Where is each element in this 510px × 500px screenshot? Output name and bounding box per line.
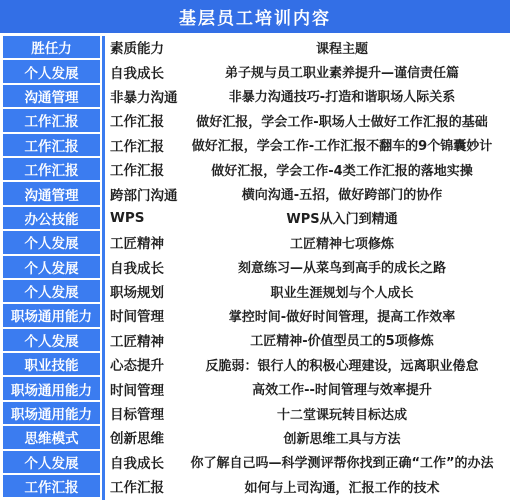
course-cell: 如何与上司沟通，汇报工作的技术 — [186, 475, 510, 497]
category-cell: 沟通管理 — [3, 182, 100, 204]
category-cell: 工作汇报 — [3, 109, 100, 131]
category-cell: 个人发展 — [3, 231, 100, 253]
course-cell: 刻意练习—从菜鸟到高手的成长之路 — [186, 256, 510, 278]
table-row: 个人发展 自我成长 刻意练习—从菜鸟到高手的成长之路 — [0, 256, 510, 278]
table-row: 工作汇报 工作汇报 做好汇报，学会工作-工作汇报不翻车的9个锦囊妙计 — [0, 134, 510, 156]
competency-cell: 跨部门沟通 — [110, 182, 186, 204]
competency-cell: 心态提升 — [110, 353, 186, 375]
course-cell: 职业生涯规划与个人成长 — [186, 280, 510, 302]
competency-cell: 工作汇报 — [110, 475, 186, 497]
course-cell: 工匠精神七项修炼 — [186, 231, 510, 253]
table-row: 沟通管理 非暴力沟通 非暴力沟通技巧-打造和谐职场人际关系 — [0, 85, 510, 107]
category-cell: 思维模式 — [3, 426, 100, 448]
course-cell: 你了解自己吗—科学测评帮你找到正确“工作”的办法 — [186, 451, 510, 473]
table-row: 个人发展 工匠精神 工匠精神-价值型员工的5项修炼 — [0, 329, 510, 351]
table-row: 工作汇报 工作汇报 如何与上司沟通，汇报工作的技术 — [0, 475, 510, 497]
competency-cell: 自我成长 — [110, 451, 186, 473]
competency-cell: 职场规划 — [110, 280, 186, 302]
course-cell: 创新思维工具与方法 — [186, 426, 510, 448]
category-cell: 个人发展 — [3, 256, 100, 278]
category-cell: 工作汇报 — [3, 134, 100, 156]
competency-cell: 创新思维 — [110, 426, 186, 448]
table-row: 个人发展 自我成长 弟子规与员工职业素养提升—谨信责任篇 — [0, 60, 510, 82]
competency-cell: 工作汇报 — [110, 109, 186, 131]
competency-cell: 时间管理 — [110, 304, 186, 326]
category-cell: 职场通用能力 — [3, 377, 100, 399]
course-cell: 十二堂课玩转目标达成 — [186, 402, 510, 424]
competency-cell: 非暴力沟通 — [110, 85, 186, 107]
competency-cell: 工作汇报 — [110, 134, 186, 156]
table-row: 职场通用能力 目标管理 十二堂课玩转目标达成 — [0, 402, 510, 424]
course-cell: 弟子规与员工职业素养提升—谨信责任篇 — [186, 60, 510, 82]
column-divider-line — [102, 36, 105, 500]
table-row: 职业技能 心态提升 反脆弱：银行人的积极心理建设，远离职业倦怠 — [0, 353, 510, 375]
competency-cell: 工作汇报 — [110, 158, 186, 180]
header-category-cell: 胜任力 — [3, 36, 100, 58]
category-cell: 工作汇报 — [3, 475, 100, 497]
table-row: 办公技能 WPS WPS从入门到精通 — [0, 207, 510, 229]
category-cell: 个人发展 — [3, 329, 100, 351]
training-content-page: 基层员工培训内容 胜任力 素质能力 课程主题 个人发展 自我成长 弟子规与员工职… — [0, 0, 510, 500]
category-cell: 职场通用能力 — [3, 402, 100, 424]
course-cell: 反脆弱：银行人的积极心理建设，远离职业倦怠 — [186, 353, 510, 375]
category-cell: 办公技能 — [3, 207, 100, 229]
table-row: 职场通用能力 时间管理 掌控时间-做好时间管理，提高工作效率 — [0, 304, 510, 326]
course-cell: WPS从入门到精通 — [186, 207, 510, 229]
category-cell: 个人发展 — [3, 451, 100, 473]
competency-cell: 目标管理 — [110, 402, 186, 424]
competency-cell: 工匠精神 — [110, 329, 186, 351]
training-table: 胜任力 素质能力 课程主题 个人发展 自我成长 弟子规与员工职业素养提升—谨信责… — [0, 33, 510, 497]
course-cell: 横向沟通-五招，做好跨部门的协作 — [186, 182, 510, 204]
category-cell: 工作汇报 — [3, 158, 100, 180]
category-cell: 职场通用能力 — [3, 304, 100, 326]
competency-cell: 自我成长 — [110, 256, 186, 278]
course-cell: 做好汇报，学会工作-4类工作汇报的落地实操 — [186, 158, 510, 180]
competency-cell: 时间管理 — [110, 377, 186, 399]
course-cell: 掌控时间-做好时间管理，提高工作效率 — [186, 304, 510, 326]
category-cell: 职业技能 — [3, 353, 100, 375]
table-row: 沟通管理 跨部门沟通 横向沟通-五招，做好跨部门的协作 — [0, 182, 510, 204]
category-cell: 个人发展 — [3, 60, 100, 82]
course-cell: 工匠精神-价值型员工的5项修炼 — [186, 329, 510, 351]
course-cell: 非暴力沟通技巧-打造和谐职场人际关系 — [186, 85, 510, 107]
course-cell: 做好汇报，学会工作-工作汇报不翻车的9个锦囊妙计 — [186, 134, 510, 156]
competency-cell: WPS — [110, 207, 186, 229]
table-row: 思维模式 创新思维 创新思维工具与方法 — [0, 426, 510, 448]
table-row: 职场通用能力 时间管理 高效工作--时间管理与效率提升 — [0, 377, 510, 399]
course-cell: 高效工作--时间管理与效率提升 — [186, 377, 510, 399]
page-title: 基层员工培训内容 — [0, 0, 510, 33]
competency-cell: 自我成长 — [110, 60, 186, 82]
competency-cell: 工匠精神 — [110, 231, 186, 253]
header-competency-cell: 素质能力 — [110, 36, 186, 58]
category-cell: 沟通管理 — [3, 85, 100, 107]
table-row: 工作汇报 工作汇报 做好汇报，学会工作-4类工作汇报的落地实操 — [0, 158, 510, 180]
category-cell: 个人发展 — [3, 280, 100, 302]
table-row: 工作汇报 工作汇报 做好汇报，学会工作-职场人士做好工作汇报的基础 — [0, 109, 510, 131]
table-row: 个人发展 工匠精神 工匠精神七项修炼 — [0, 231, 510, 253]
header-course-cell: 课程主题 — [186, 36, 510, 58]
table-row: 个人发展 自我成长 你了解自己吗—科学测评帮你找到正确“工作”的办法 — [0, 451, 510, 473]
table-row: 个人发展 职场规划 职业生涯规划与个人成长 — [0, 280, 510, 302]
table-header-row: 胜任力 素质能力 课程主题 — [0, 36, 510, 58]
course-cell: 做好汇报，学会工作-职场人士做好工作汇报的基础 — [186, 109, 510, 131]
